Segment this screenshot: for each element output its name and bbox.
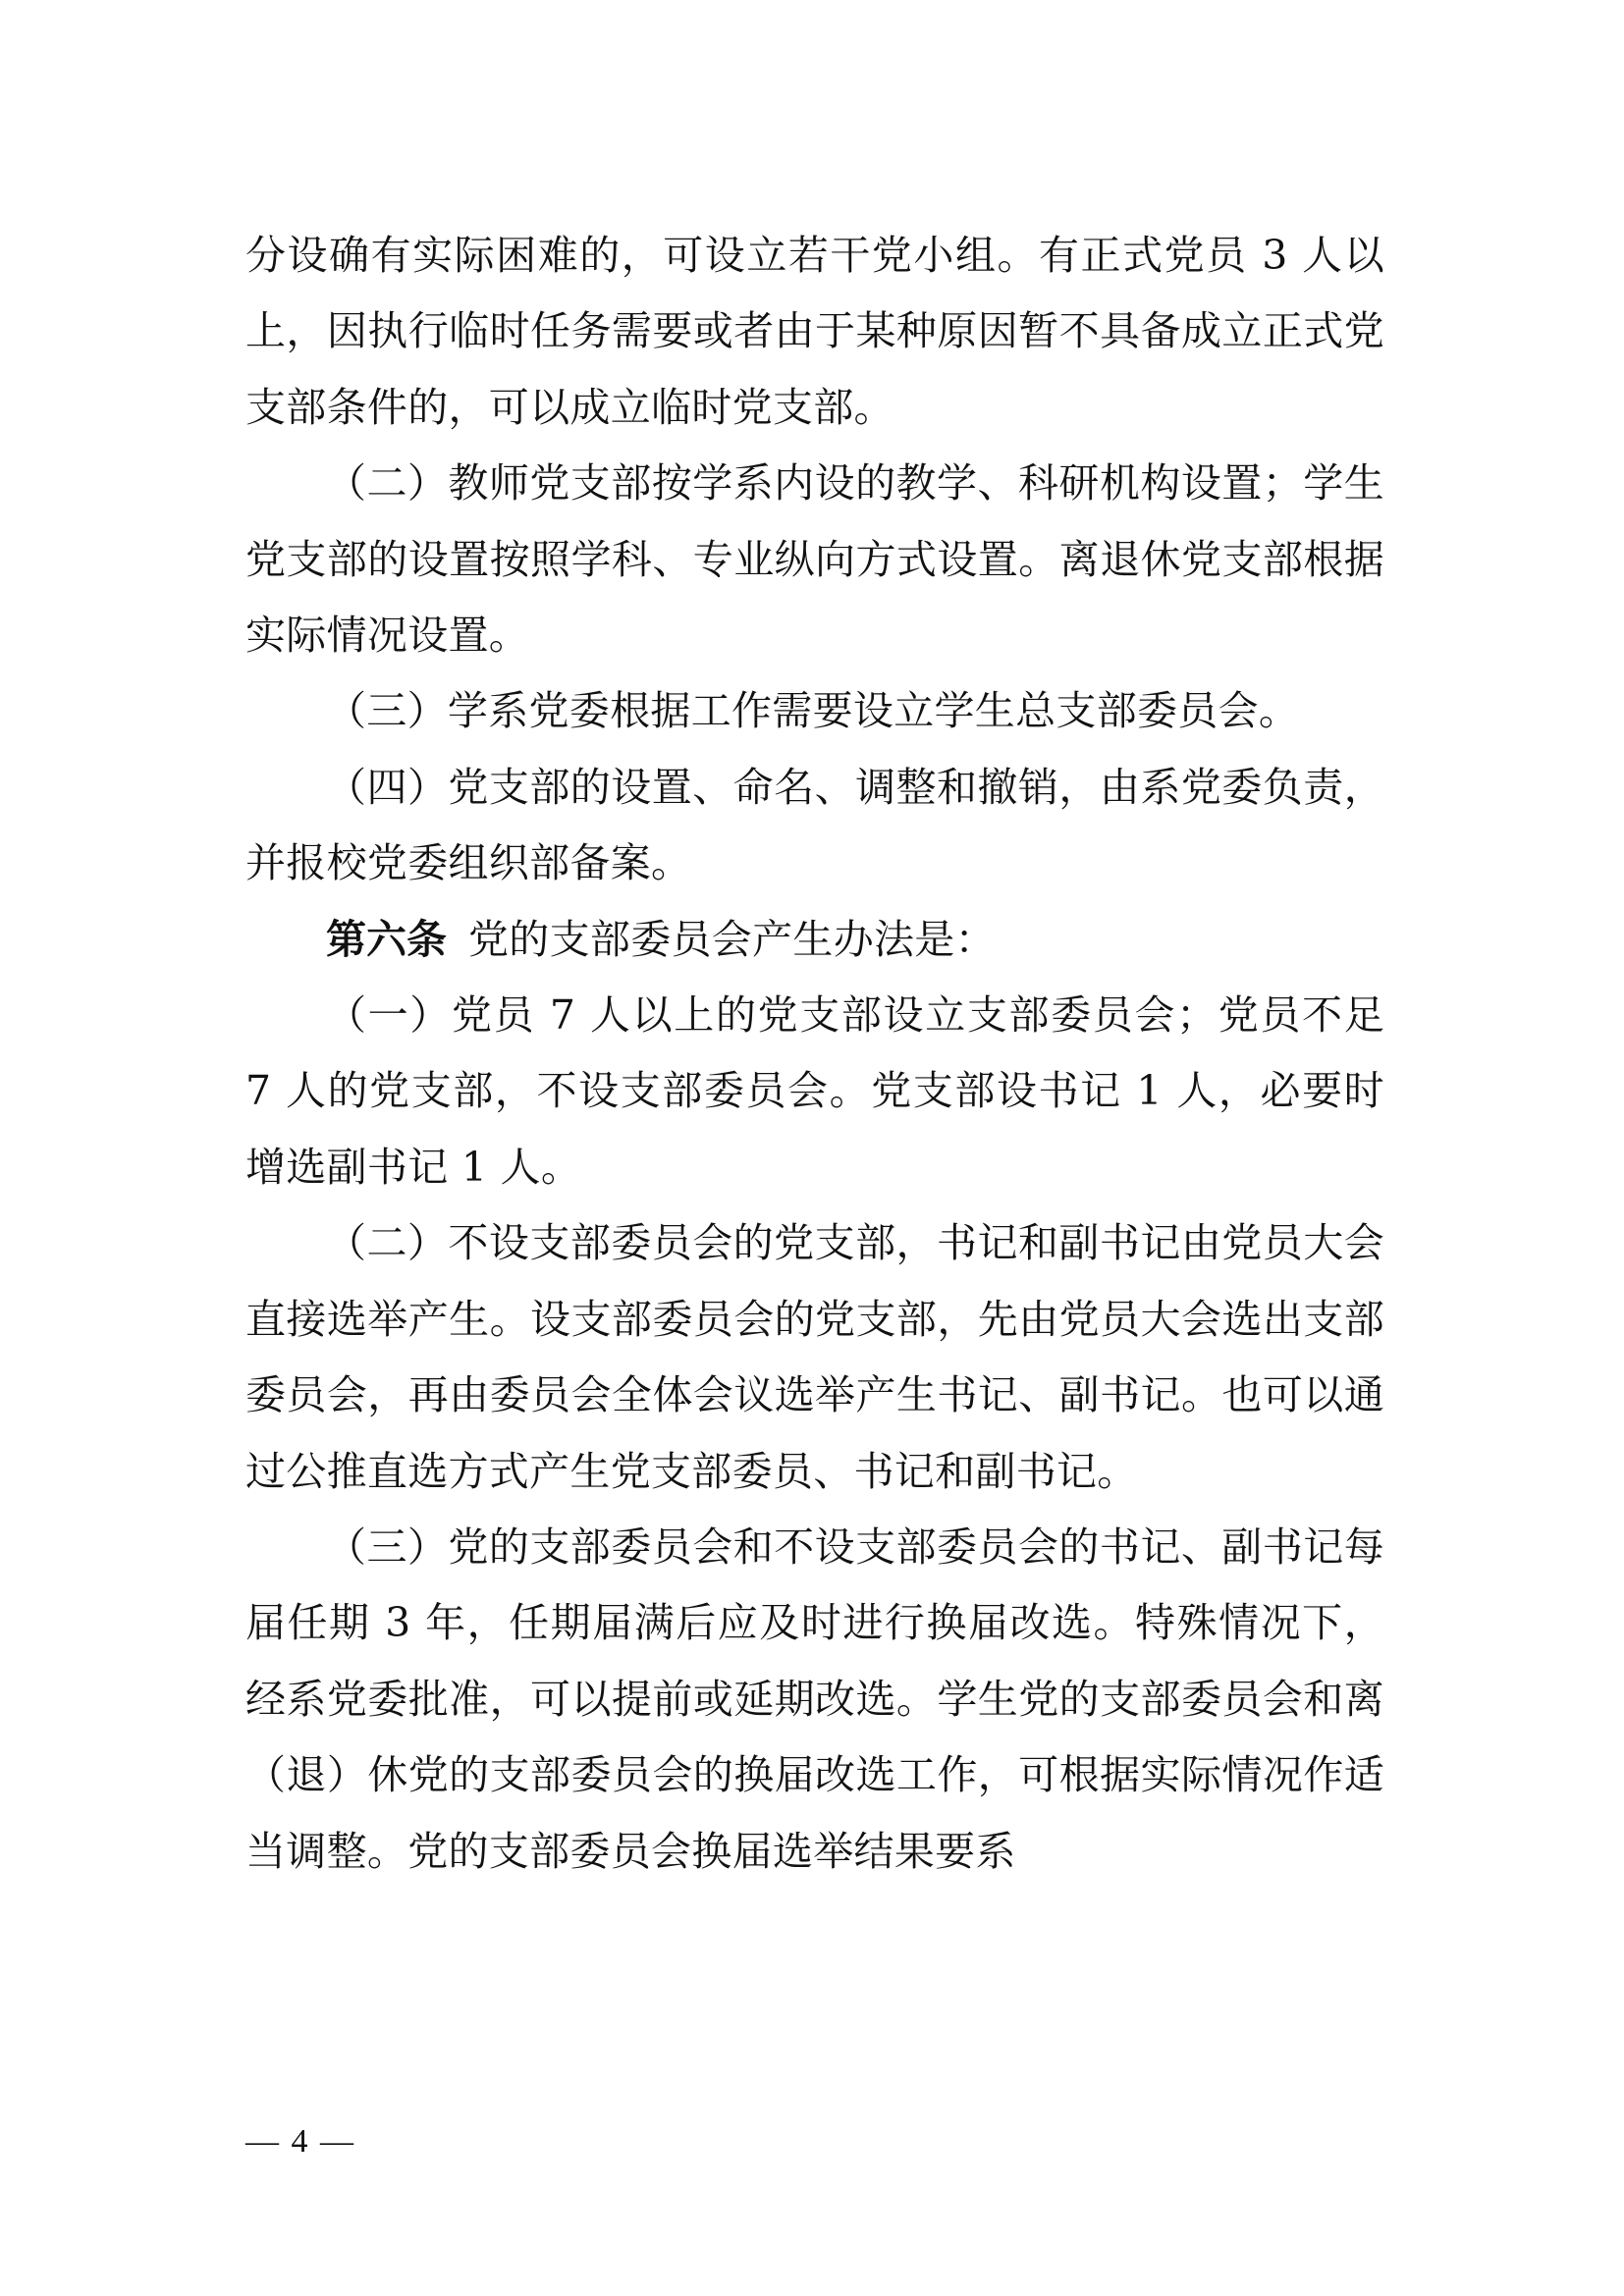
- page-number: — 4 —: [245, 2122, 355, 2162]
- article-item-1: （一）党员 7 人以上的党支部设立支部委员会；党员不足 7 人的党支部，不设支部…: [245, 978, 1384, 1205]
- document-page: 分设确有实际困难的，可设立若干党小组。有正式党员 3 人以上，因执行临时任务需要…: [245, 218, 1384, 1890]
- paragraph-item-4: （四）党支部的设置、命名、调整和撤销，由系党委负责，并报校党委组织部备案。: [245, 750, 1384, 902]
- paragraph-item-2: （二）教师党支部按学系内设的教学、科研机构设置；学生党支部的设置按照学科、专业纵…: [245, 446, 1384, 673]
- article-item-3: （三）党的支部委员会和不设支部委员会的书记、副书记每届任期 3 年，任期届满后应…: [245, 1510, 1384, 1890]
- paragraph-continuation: 分设确有实际困难的，可设立若干党小组。有正式党员 3 人以上，因执行临时任务需要…: [245, 218, 1384, 446]
- article-item-2: （二）不设支部委员会的党支部，书记和副书记由党员大会直接选举产生。设支部委员会的…: [245, 1205, 1384, 1510]
- article-number: 第六条: [326, 916, 447, 963]
- article-heading: 第六条党的支部委员会产生办法是：: [245, 902, 1384, 978]
- article-title: 党的支部委员会产生办法是：: [468, 916, 996, 963]
- paragraph-item-3: （三）学系党委根据工作需要设立学生总支部委员会。: [245, 673, 1384, 749]
